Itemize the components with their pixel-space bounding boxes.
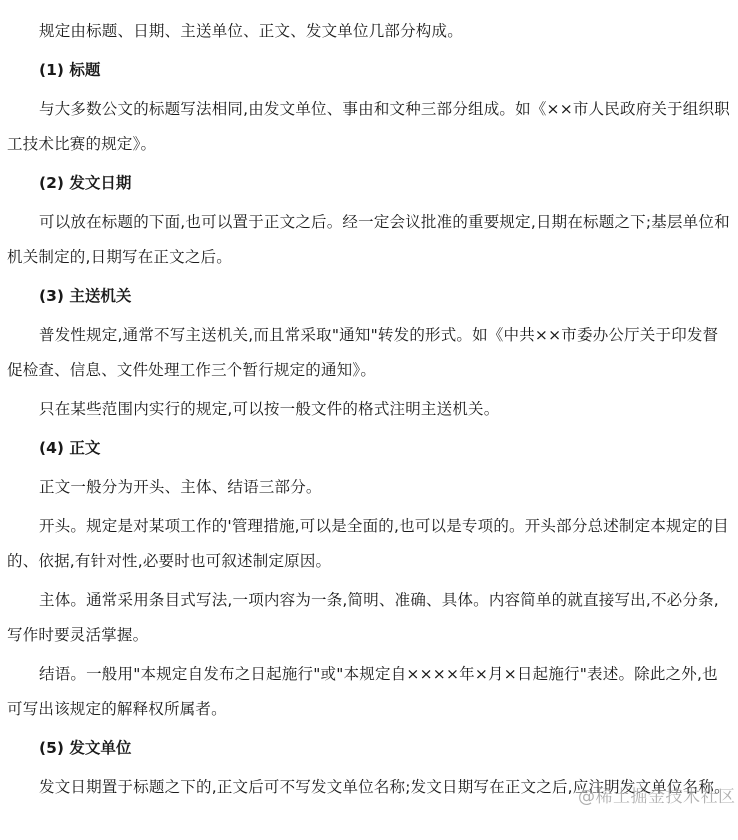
paragraph-title: 与大多数公文的标题写法相同,由发文单位、事由和文种三部分组成。如《××市人民政府… xyxy=(7,92,732,162)
paragraph-body-closing: 结语。一般用"本规定自发布之日起施行"或"本规定自××××年×月×日起施行"表述… xyxy=(7,657,732,727)
watermark: @稀土掘金技术社区 xyxy=(578,782,736,807)
paragraph-date: 可以放在标题的下面,也可以置于正文之后。经一定会议批准的重要规定,日期在标题之下… xyxy=(7,205,732,275)
paragraph-body-opening: 开头。规定是对某项工作的'管理措施,可以是全面的,也可以是专项的。开头部分总述制… xyxy=(7,509,732,579)
paragraph-body-main: 主体。通常采用条目式写法,一项内容为一条,简明、准确、具体。内容简单的就直接写出… xyxy=(7,583,732,653)
paragraph-intro: 规定由标题、日期、主送单位、正文、发文单位几部分构成。 xyxy=(7,14,732,49)
paragraph-body-intro: 正文一般分为开头、主体、结语三部分。 xyxy=(7,470,732,505)
document-body: 规定由标题、日期、主送单位、正文、发文单位几部分构成。 (1) 标题 与大多数公… xyxy=(7,14,732,809)
heading-body: (4) 正文 xyxy=(7,431,732,466)
heading-title: (1) 标题 xyxy=(7,53,732,88)
heading-date: (2) 发文日期 xyxy=(7,166,732,201)
paragraph-recipient-2: 只在某些范围内实行的规定,可以按一般文件的格式注明主送机关。 xyxy=(7,392,732,427)
heading-issuer: (5) 发文单位 xyxy=(7,731,732,766)
paragraph-recipient-1: 普发性规定,通常不写主送机关,而且常采取"通知"转发的形式。如《中共××市委办公… xyxy=(7,318,732,388)
heading-recipient: (3) 主送机关 xyxy=(7,279,732,314)
